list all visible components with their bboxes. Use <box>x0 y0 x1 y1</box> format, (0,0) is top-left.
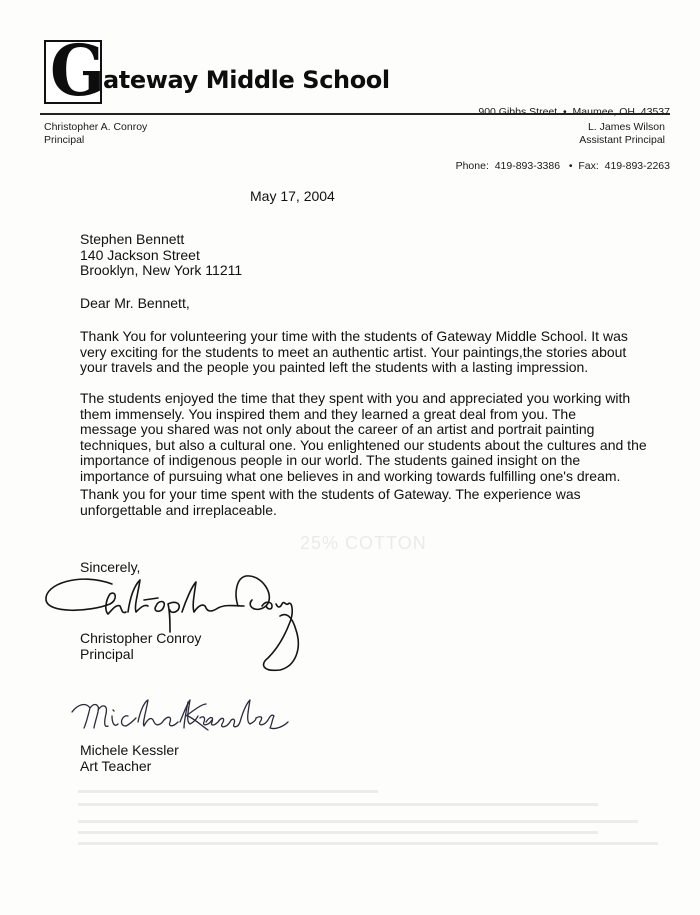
signatory-2-title: Art Teacher <box>80 759 179 775</box>
signatory-2-name: Michele Kessler <box>80 743 179 759</box>
show-through-bleed <box>78 786 678 853</box>
signature-kessler <box>0 0 700 915</box>
signatory-2: Michele Kessler Art Teacher <box>80 743 179 774</box>
